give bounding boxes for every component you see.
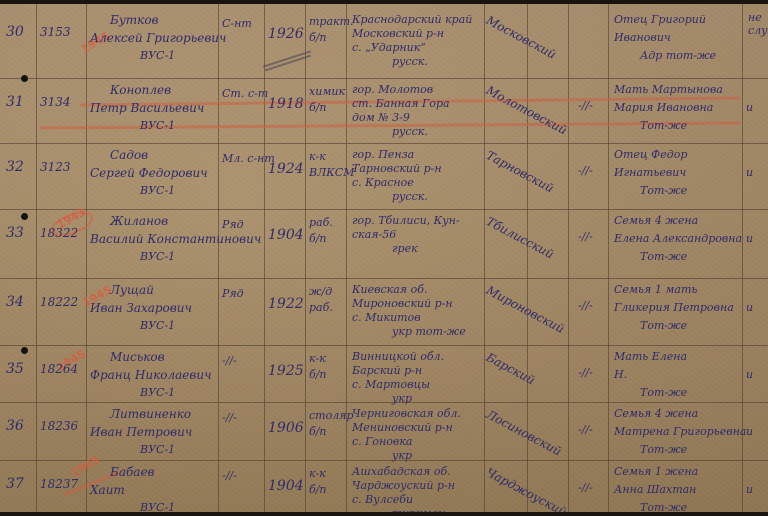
party-status: б/п bbox=[309, 102, 327, 115]
address-line: с. Вулсеби bbox=[352, 494, 413, 507]
address-line: грек bbox=[392, 243, 418, 256]
party-status: б/п bbox=[309, 369, 327, 382]
same-mark: -//- bbox=[578, 165, 593, 178]
record-id: 18236 bbox=[40, 420, 78, 434]
next-of-kin-line: Мать Елена bbox=[614, 351, 687, 364]
birth-year: 1906 bbox=[268, 420, 304, 436]
rank: Ряд bbox=[222, 288, 244, 301]
address-line: укр bbox=[392, 393, 412, 406]
grid-line bbox=[0, 402, 768, 403]
address-line: Чарджоуский р-н bbox=[352, 480, 455, 493]
next-of-kin-line: Отец Федор bbox=[614, 149, 687, 162]
person-name-line: Жиланов bbox=[110, 215, 168, 229]
district-conscripted: Тарновский bbox=[484, 149, 556, 196]
same-mark: -//- bbox=[578, 231, 593, 244]
grid-line bbox=[0, 345, 768, 346]
grid-line bbox=[305, 4, 306, 512]
district-conscripted: Чарджоуский bbox=[484, 466, 569, 512]
remark: и bbox=[746, 167, 753, 180]
row-number: 37 bbox=[6, 476, 24, 492]
remark: и bbox=[746, 233, 753, 246]
person-name-line: Сергей Федорович bbox=[90, 167, 208, 181]
next-of-kin-line: Тот-же bbox=[640, 387, 687, 400]
row-number: 33 bbox=[6, 225, 24, 241]
next-of-kin-line: Адр тот-же bbox=[640, 50, 716, 63]
next-of-kin-line: Иванович bbox=[614, 32, 671, 45]
party-status: раб. bbox=[309, 217, 333, 230]
address-line: Мироновский р-н bbox=[352, 298, 453, 311]
address-line: с. Мартовцы bbox=[352, 379, 430, 392]
birth-year: 1904 bbox=[268, 478, 304, 494]
address-line: Краснодарский край bbox=[352, 14, 472, 27]
rank: Ст. с-т bbox=[222, 88, 268, 101]
rank: -//- bbox=[222, 470, 237, 483]
party-status: раб. bbox=[309, 302, 333, 315]
grid-line bbox=[0, 143, 768, 144]
row-number: 32 bbox=[6, 159, 24, 175]
party-status: б/п bbox=[309, 32, 327, 45]
next-of-kin-line: Семья 4 жена bbox=[614, 408, 698, 421]
address-line: гор. Тбилиси, Кун- bbox=[352, 215, 460, 228]
row-number: 36 bbox=[6, 418, 24, 434]
address-line: Барский р-н bbox=[352, 365, 422, 378]
address-line: русск. bbox=[392, 126, 428, 139]
next-of-kin-line: Отец Григорий bbox=[614, 14, 706, 27]
address-line: с. „Ударник“ bbox=[352, 42, 426, 55]
record-id: 18322 bbox=[40, 227, 78, 241]
district-conscripted: Барский bbox=[484, 351, 537, 388]
address-line: Тарновский р-н bbox=[352, 163, 442, 176]
rank: Мл. с-нт bbox=[222, 153, 275, 166]
party-status: б/п bbox=[309, 233, 327, 246]
birth-year: 1924 bbox=[268, 161, 304, 177]
birth-year: 1904 bbox=[268, 227, 304, 243]
address-line: с. Гоновка bbox=[352, 436, 412, 449]
grid-line bbox=[0, 209, 768, 210]
person-name-line: ВУС-1 bbox=[140, 120, 175, 133]
row-number: 34 bbox=[6, 294, 24, 310]
district-conscripted: Лосиновский bbox=[484, 408, 564, 459]
grid-line bbox=[0, 460, 768, 461]
address-line: ская-56 bbox=[352, 229, 396, 242]
same-mark: -//- bbox=[578, 367, 593, 380]
person-name-line: Василий Константинович bbox=[90, 233, 261, 247]
birth-year: 1922 bbox=[268, 296, 304, 312]
grid-line bbox=[86, 4, 87, 512]
person-name-line: Иван Петрович bbox=[90, 426, 192, 440]
next-of-kin-line: Тот-же bbox=[640, 185, 687, 198]
row-number: 35 bbox=[6, 361, 24, 377]
same-mark: -//- bbox=[578, 482, 593, 495]
grid-line bbox=[608, 4, 609, 512]
party-status: столяр bbox=[309, 410, 354, 423]
remark: и bbox=[746, 369, 753, 382]
remark: и bbox=[746, 102, 753, 115]
person-name-line: ВУС-1 bbox=[140, 502, 175, 512]
grid-line bbox=[0, 278, 768, 279]
address-line: туркмен bbox=[392, 508, 445, 512]
grid-line bbox=[36, 4, 37, 512]
record-id: 18222 bbox=[40, 296, 78, 310]
rank: С-нт bbox=[222, 18, 252, 31]
address-line: Винницкой обл. bbox=[352, 351, 444, 364]
district-conscripted: Тбилисский bbox=[484, 215, 556, 262]
same-mark: -//- bbox=[578, 300, 593, 313]
grid-line bbox=[346, 4, 347, 512]
row-number: 30 bbox=[6, 24, 24, 40]
address-line: Черниговская обл. bbox=[352, 408, 461, 421]
punch-hole bbox=[21, 75, 28, 82]
district-conscripted: Московский bbox=[484, 14, 558, 62]
birth-year: 1926 bbox=[268, 26, 304, 42]
remark: и bbox=[746, 302, 753, 315]
person-name-line: Петр Васильевич bbox=[90, 102, 204, 116]
register-page: 1945 1943 1945 1945 1945 303153БутковАле… bbox=[0, 4, 768, 512]
person-name-line: Коноплев bbox=[110, 84, 171, 98]
address-line: Мениновский р-н bbox=[352, 422, 453, 435]
rank: -//- bbox=[222, 412, 237, 425]
address-line: с. Красное bbox=[352, 177, 414, 190]
person-name-line: Лущай bbox=[110, 284, 154, 298]
party-status: ж/д bbox=[309, 286, 332, 299]
person-name-line: ВУС-1 bbox=[140, 444, 175, 457]
same-mark: -//- bbox=[578, 424, 593, 437]
next-of-kin-line: Тот-же bbox=[640, 251, 687, 264]
address-line: дом № 3-9 bbox=[352, 112, 410, 125]
birth-year: 1918 bbox=[268, 96, 304, 112]
party-status: б/п bbox=[309, 426, 327, 439]
remark: не служил bbox=[748, 12, 766, 37]
grid-line bbox=[264, 4, 265, 512]
address-line: русск. bbox=[392, 56, 428, 69]
address-line: укр bbox=[392, 450, 412, 463]
next-of-kin-line: Анна Шахтан bbox=[614, 484, 696, 497]
person-name-line: Миськов bbox=[110, 351, 165, 365]
next-of-kin-line: Мать Мартынова bbox=[614, 84, 723, 97]
record-id: 3134 bbox=[40, 96, 71, 110]
pencil-strike bbox=[263, 50, 311, 67]
grid-line bbox=[568, 4, 569, 512]
next-of-kin-line: Мария Ивановна bbox=[614, 102, 713, 115]
address-line: русск. bbox=[392, 191, 428, 204]
grid-line bbox=[218, 4, 219, 512]
person-name-line: Бутков bbox=[110, 14, 159, 28]
remark: и bbox=[746, 484, 753, 497]
row-number: 31 bbox=[6, 94, 24, 110]
person-name-line: ВУС-1 bbox=[140, 50, 175, 63]
grid-line bbox=[484, 4, 485, 512]
grid-line bbox=[0, 78, 768, 79]
address-line: гор. Молотов bbox=[352, 84, 433, 97]
person-name-line: Хаит bbox=[90, 484, 125, 498]
person-name-line: Бабаев bbox=[110, 466, 155, 480]
person-name-line: Алексей Григорьевич bbox=[90, 32, 227, 46]
next-of-kin-line: Семья 4 жена bbox=[614, 215, 698, 228]
next-of-kin-line: Игнатьевич bbox=[614, 167, 686, 180]
record-id: 3123 bbox=[40, 161, 71, 175]
next-of-kin-line: Тот-же bbox=[640, 120, 687, 133]
birth-year: 1925 bbox=[268, 363, 304, 379]
address-line: гор. Пенза bbox=[352, 149, 414, 162]
next-of-kin-line: Семья 1 мать bbox=[614, 284, 697, 297]
person-name-line: Иван Захарович bbox=[90, 302, 192, 316]
district-conscripted: Мироновский bbox=[484, 284, 567, 337]
address-line: ст. Банная Гора bbox=[352, 98, 450, 111]
next-of-kin-line: Тот-же bbox=[640, 502, 687, 512]
address-line: укр тот-же bbox=[392, 326, 466, 339]
next-of-kin-line: Семья 1 жена bbox=[614, 466, 698, 479]
next-of-kin-line: Гликерия Петровна bbox=[614, 302, 734, 315]
person-name-line: Франц Николаевич bbox=[90, 369, 212, 383]
same-mark: -//- bbox=[578, 100, 593, 113]
remark: и bbox=[746, 426, 753, 439]
rank: Ряд bbox=[222, 219, 244, 232]
rank: -//- bbox=[222, 355, 237, 368]
party-status: б/п bbox=[309, 484, 327, 497]
next-of-kin-line: Тот-же bbox=[640, 320, 687, 333]
party-status: к-к bbox=[309, 151, 326, 164]
person-name-line: ВУС-1 bbox=[140, 185, 175, 198]
party-status: к-к bbox=[309, 353, 326, 366]
punch-hole bbox=[21, 347, 28, 354]
person-name-line: Садов bbox=[110, 149, 148, 163]
next-of-kin-line: Н. bbox=[614, 369, 627, 382]
person-name-line: ВУС-1 bbox=[140, 387, 175, 400]
address-line: Киевская об. bbox=[352, 284, 427, 297]
next-of-kin-line: Матрена Григорьевна bbox=[614, 426, 746, 439]
party-status: к-к bbox=[309, 468, 326, 481]
next-of-kin-line: Елена Александровна bbox=[614, 233, 742, 246]
address-line: Ашхабадская об. bbox=[352, 466, 451, 479]
punch-hole bbox=[21, 213, 28, 220]
address-line: Московский р-н bbox=[352, 28, 444, 41]
address-line: с. Микитов bbox=[352, 312, 421, 325]
record-id: 18237 bbox=[40, 478, 78, 492]
person-name-line: ВУС-1 bbox=[140, 320, 175, 333]
party-status: тракт. bbox=[309, 16, 354, 29]
person-name-line: ВУС-1 bbox=[140, 251, 175, 264]
person-name-line: Литвиненко bbox=[110, 408, 191, 422]
party-status: ВЛКСМ bbox=[309, 167, 354, 180]
next-of-kin-line: Тот-же bbox=[640, 444, 687, 457]
party-status: химик bbox=[309, 86, 345, 99]
record-id: 18264 bbox=[40, 363, 78, 377]
record-id: 3153 bbox=[40, 26, 71, 40]
